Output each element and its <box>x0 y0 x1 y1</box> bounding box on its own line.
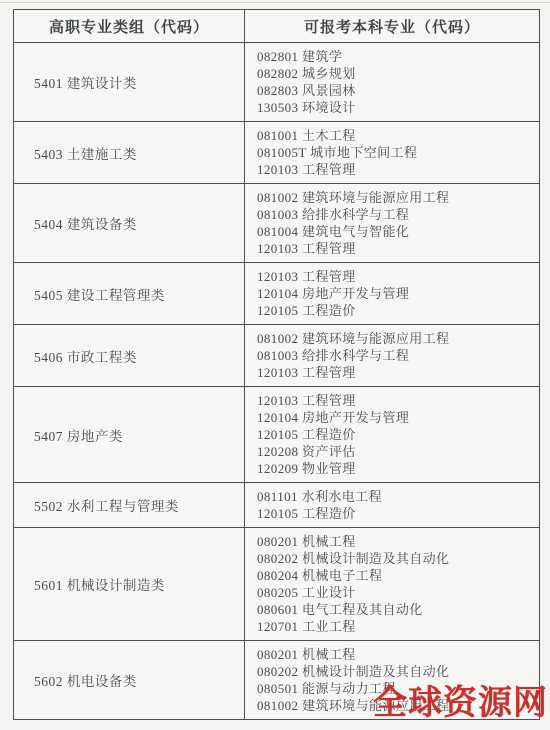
major-line: 120103 工程管理 <box>257 392 535 409</box>
group-cell: 5401 建筑设计类 <box>14 43 245 122</box>
major-line: 130503 环境设计 <box>257 99 535 116</box>
major-line: 120104 房地产开发与管理 <box>257 285 535 302</box>
major-line: 081005T 城市地下空间工程 <box>257 144 535 161</box>
group-cell: 5403 土建施工类 <box>14 122 245 184</box>
table-row: 5404 建筑设备类 081002 建筑环境与能源应用工程081003 给排水科… <box>14 184 540 263</box>
majors-cell: 082801 建筑学082802 城乡规划082803 风景园林130503 环… <box>245 43 540 122</box>
major-line: 081004 建筑电气与智能化 <box>257 223 535 240</box>
major-line: 120103 工程管理 <box>257 240 535 257</box>
major-line: 080201 机械工程 <box>257 646 535 663</box>
major-line: 080205 工业设计 <box>257 584 535 601</box>
major-line: 081002 建筑环境与能源应用工程 <box>257 189 535 206</box>
group-cell: 5601 机械设计制造类 <box>14 528 245 641</box>
group-cell: 5502 水利工程与管理类 <box>14 483 245 528</box>
major-line: 120103 工程管理 <box>257 364 535 381</box>
major-line: 080601 电气工程及其自动化 <box>257 601 535 618</box>
major-line: 120701 工业工程 <box>257 618 535 635</box>
major-line: 081101 水利水电工程 <box>257 488 535 505</box>
table-header-row: 高职专业类组（代码） 可报考本科专业（代码） <box>14 10 540 43</box>
major-line: 080201 机械工程 <box>257 533 535 550</box>
major-line: 080202 机械设计制造及其自动化 <box>257 663 535 680</box>
major-mapping-table: 高职专业类组（代码） 可报考本科专业（代码） 5401 建筑设计类 082801… <box>13 9 540 720</box>
group-cell: 5406 市政工程类 <box>14 325 245 387</box>
major-line: 080204 机械电子工程 <box>257 567 535 584</box>
column-header-majors: 可报考本科专业（代码） <box>245 10 540 43</box>
majors-cell: 120103 工程管理120104 房地产开发与管理120105 工程造价 <box>245 263 540 325</box>
major-line: 080202 机械设计制造及其自动化 <box>257 550 535 567</box>
major-line: 082803 风景园林 <box>257 82 535 99</box>
table-row: 5403 土建施工类 081001 土木工程081005T 城市地下空间工程12… <box>14 122 540 184</box>
table-row: 5407 房地产类 120103 工程管理120104 房地产开发与管理1201… <box>14 387 540 483</box>
table-body: 5401 建筑设计类 082801 建筑学082802 城乡规划082803 风… <box>14 43 540 720</box>
major-line: 120103 工程管理 <box>257 268 535 285</box>
majors-cell: 081001 土木工程081005T 城市地下空间工程120103 工程管理 <box>245 122 540 184</box>
watermark-text: 全球资源网 <box>373 684 548 722</box>
major-line: 120103 工程管理 <box>257 161 535 178</box>
major-line: 120208 资产评估 <box>257 443 535 460</box>
group-cell: 5407 房地产类 <box>14 387 245 483</box>
major-line: 081003 给排水科学与工程 <box>257 347 535 364</box>
document-page: 高职专业类组（代码） 可报考本科专业（代码） 5401 建筑设计类 082801… <box>0 0 550 730</box>
major-line: 120105 工程造价 <box>257 426 535 443</box>
column-header-group: 高职专业类组（代码） <box>14 10 245 43</box>
majors-cell: 081002 建筑环境与能源应用工程081003 给排水科学与工程081004 … <box>245 184 540 263</box>
major-line: 082802 城乡规划 <box>257 65 535 82</box>
table-row: 5601 机械设计制造类 080201 机械工程080202 机械设计制造及其自… <box>14 528 540 641</box>
major-line: 120104 房地产开发与管理 <box>257 409 535 426</box>
major-line: 081002 建筑环境与能源应用工程 <box>257 330 535 347</box>
table-row: 5406 市政工程类 081002 建筑环境与能源应用工程081003 给排水科… <box>14 325 540 387</box>
table-row: 5401 建筑设计类 082801 建筑学082802 城乡规划082803 风… <box>14 43 540 122</box>
major-line: 120105 工程造价 <box>257 505 535 522</box>
major-line: 082801 建筑学 <box>257 48 535 65</box>
group-cell: 5602 机电设备类 <box>14 641 245 720</box>
majors-cell: 081002 建筑环境与能源应用工程081003 给排水科学与工程120103 … <box>245 325 540 387</box>
major-line: 081001 土木工程 <box>257 127 535 144</box>
group-cell: 5404 建筑设备类 <box>14 184 245 263</box>
table-row: 5502 水利工程与管理类 081101 水利水电工程120105 工程造价 <box>14 483 540 528</box>
major-line: 081003 给排水科学与工程 <box>257 206 535 223</box>
major-line: 120209 物业管理 <box>257 460 535 477</box>
group-cell: 5405 建设工程管理类 <box>14 263 245 325</box>
table-row: 5405 建设工程管理类 120103 工程管理120104 房地产开发与管理1… <box>14 263 540 325</box>
majors-cell: 080201 机械工程080202 机械设计制造及其自动化080204 机械电子… <box>245 528 540 641</box>
page-crop-line <box>0 2 550 3</box>
major-line: 120105 工程造价 <box>257 302 535 319</box>
majors-cell: 120103 工程管理120104 房地产开发与管理120105 工程造价120… <box>245 387 540 483</box>
majors-cell: 081101 水利水电工程120105 工程造价 <box>245 483 540 528</box>
